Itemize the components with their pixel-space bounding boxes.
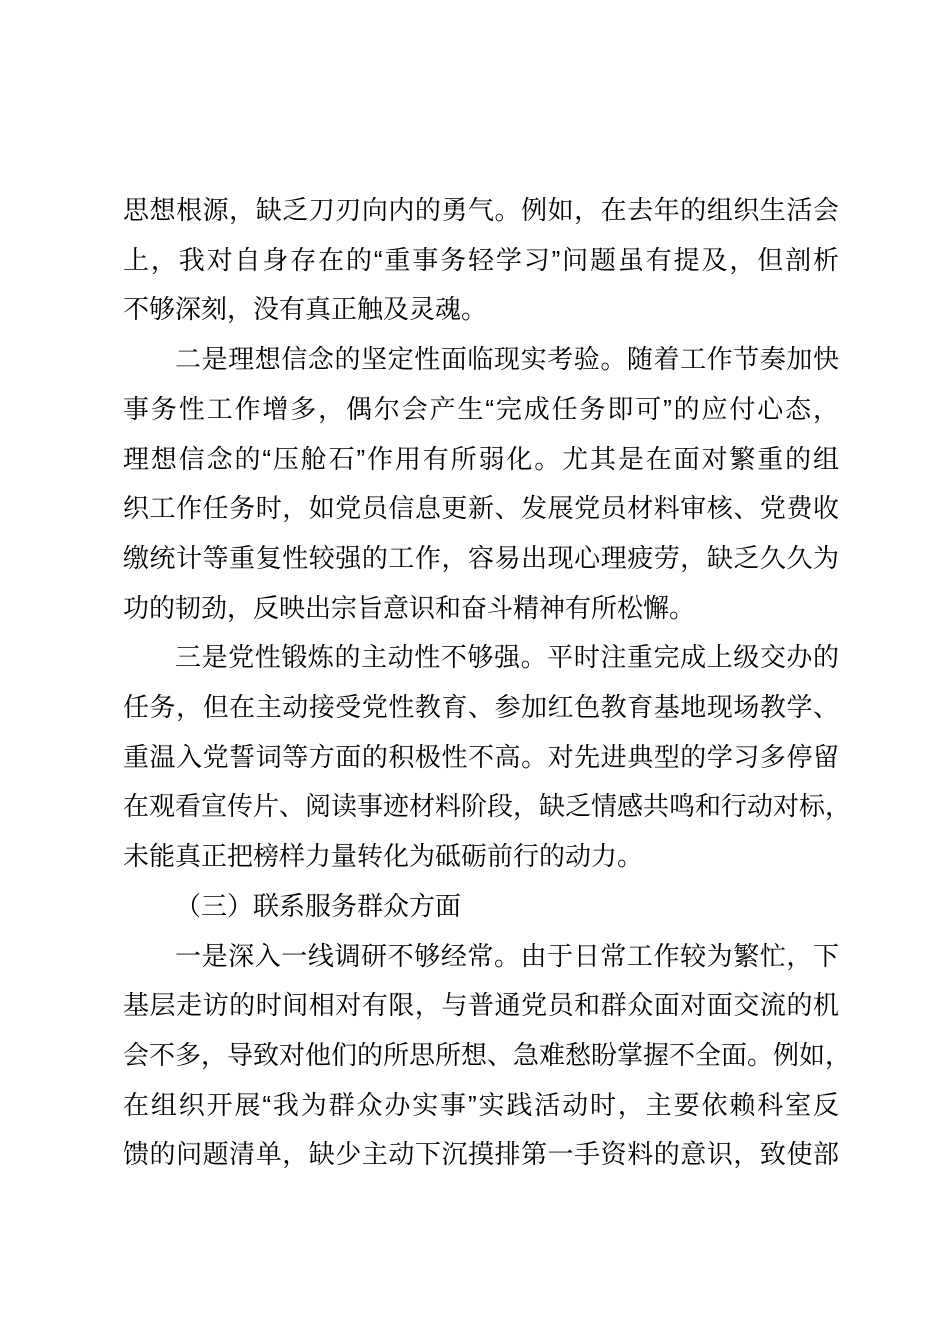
paragraph: 三是党性锻炼的主动性不够强。平时注重完成上级交办的任务，但在主动接受党性教育、参… bbox=[123, 633, 839, 882]
heading-line: （三）联系服务群众方面 bbox=[123, 882, 839, 932]
text-line: 在组织开展“我为群众办实事”实践活动时，主要依赖科室反 bbox=[123, 1081, 839, 1131]
paragraph: 二是理想信念的坚定性面临现实考验。随着工作节奏加快事务性工作增多，偶尔会产生“完… bbox=[123, 335, 839, 633]
text-line: 上，我对自身存在的“重事务轻学习”问题虽有提及，但剖析 bbox=[123, 236, 839, 286]
document-text-block: 思想根源，缺乏刀刃向内的勇气。例如，在去年的组织生活会上，我对自身存在的“重事务… bbox=[123, 186, 839, 1180]
text-line: 织工作任务时，如党员信息更新、发展党员材料审核、党费收 bbox=[123, 484, 839, 534]
text-line: 事务性工作增多，偶尔会产生“完成任务即可”的应付心态， bbox=[123, 385, 839, 435]
text-line: 理想信念的“压舱石”作用有所弱化。尤其是在面对繁重的组 bbox=[123, 435, 839, 485]
text-line: 馈的问题清单，缺少主动下沉摸排第一手资料的意识，致使部 bbox=[123, 1130, 839, 1180]
text-line: 重温入党誓词等方面的积极性不高。对先进典型的学习多停留 bbox=[123, 733, 839, 783]
text-line: 不够深刻，没有真正触及灵魂。 bbox=[123, 285, 839, 335]
text-line: 未能真正把榜样力量转化为砥砺前行的动力。 bbox=[123, 832, 839, 882]
paragraph: 一是深入一线调研不够经常。由于日常工作较为繁忙，下基层走访的时间相对有限，与普通… bbox=[123, 932, 839, 1181]
text-line: 思想根源，缺乏刀刃向内的勇气。例如，在去年的组织生活会 bbox=[123, 186, 839, 236]
text-line: 一是深入一线调研不够经常。由于日常工作较为繁忙，下 bbox=[123, 932, 839, 982]
text-line: 会不多，导致对他们的所思所想、急难愁盼掌握不全面。例如， bbox=[123, 1031, 839, 1081]
text-line: 功的韧劲，反映出宗旨意识和奋斗精神有所松懈。 bbox=[123, 584, 839, 634]
text-line: 任务，但在主动接受党性教育、参加红色教育基地现场教学、 bbox=[123, 683, 839, 733]
text-line: 在观看宣传片、阅读事迹材料阶段，缺乏情感共鸣和行动对标， bbox=[123, 782, 839, 832]
text-line: 三是党性锻炼的主动性不够强。平时注重完成上级交办的 bbox=[123, 633, 839, 683]
text-line: 基层走访的时间相对有限，与普通党员和群众面对面交流的机 bbox=[123, 981, 839, 1031]
text-line: 缴统计等重复性较强的工作，容易出现心理疲劳，缺乏久久为 bbox=[123, 534, 839, 584]
paragraph: 思想根源，缺乏刀刃向内的勇气。例如，在去年的组织生活会上，我对自身存在的“重事务… bbox=[123, 186, 839, 335]
document-page: 思想根源，缺乏刀刃向内的勇气。例如，在去年的组织生活会上，我对自身存在的“重事务… bbox=[0, 0, 950, 1344]
text-line: 二是理想信念的坚定性面临现实考验。随着工作节奏加快 bbox=[123, 335, 839, 385]
section-heading: （三）联系服务群众方面 bbox=[123, 882, 839, 932]
